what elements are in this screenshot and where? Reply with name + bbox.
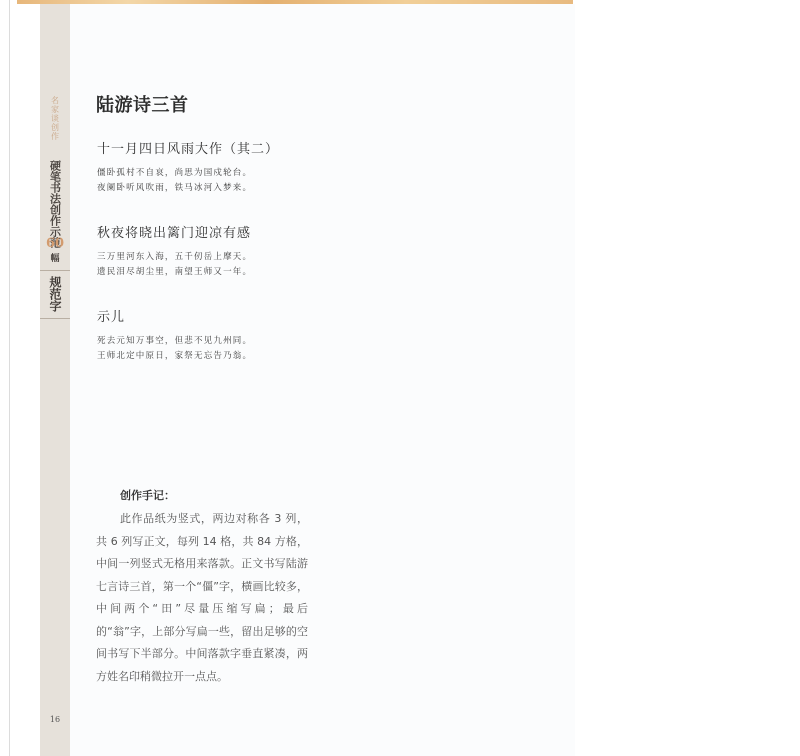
- poem-title: 十一月四日风雨大作（其二）: [97, 138, 279, 157]
- spine-book-title: 硬笔书法创作示范: [40, 160, 70, 248]
- spine-divider-top: [40, 270, 70, 271]
- poem-title: 秋夜将晓出篱门迎凉有感: [97, 222, 251, 241]
- poem-line: 死去元知万事空，但悲不见九州同。: [97, 334, 252, 346]
- notes-body: 此作品纸为竖式，两边对称各 3 列，共 6 列写正文，每列 14 格，共 84 …: [96, 508, 308, 688]
- spine-divider-bottom: [40, 318, 70, 319]
- notes-label: 创作手记：: [120, 487, 175, 503]
- page-number: 16: [40, 715, 70, 724]
- spine-series-label: 名家谈创作: [40, 96, 70, 141]
- poem-line: 夜阑卧听风吹雨，铁马冰河入梦来。: [97, 181, 252, 193]
- page-title: 陆游诗三首: [96, 91, 189, 117]
- poem-line: 僵卧孤村不自哀，尚思为国戍轮台。: [97, 166, 252, 178]
- spine-unit: 幅: [40, 251, 70, 264]
- poem-line: 遗民泪尽胡尘里，南望王师又一年。: [97, 265, 252, 277]
- spine-count: 60: [40, 236, 70, 251]
- poem-line: 三万里河东入海，五千仞岳上摩天。: [97, 250, 252, 262]
- viewer-left-rule: [9, 0, 10, 756]
- spine-script-type: 规范字: [40, 276, 70, 312]
- poem-title: 示儿: [97, 306, 125, 325]
- poem-line: 王师北定中原日，家祭无忘告乃翁。: [97, 349, 252, 361]
